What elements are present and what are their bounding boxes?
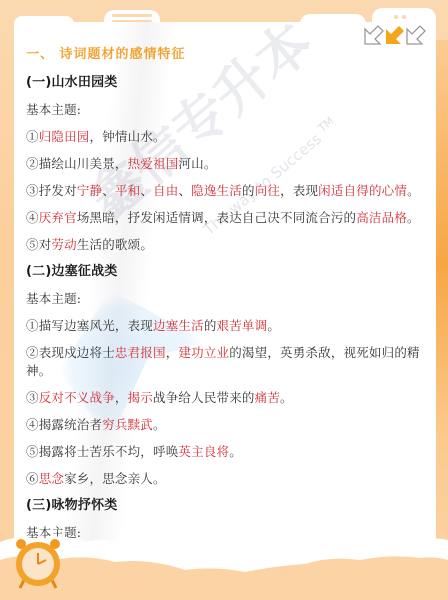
category-title: (三)咏物抒怀类 — [26, 497, 426, 515]
text-segment: ， — [115, 390, 128, 405]
tab-dots — [394, 15, 406, 19]
text-segment: 的 — [204, 318, 217, 333]
text-segment: ④揭露统治者 — [26, 417, 102, 432]
highlighted-keyword: 自由 — [153, 183, 178, 198]
text-segment: ⑥ — [26, 471, 39, 486]
text-segment: ， — [166, 345, 179, 360]
text-segment: 场黑暗，抒发闲适情调，表达自己决不同流合污的 — [77, 210, 356, 225]
text-segment: 的 — [242, 183, 255, 198]
tab-line — [112, 14, 152, 17]
highlighted-keyword: 建功立业 — [178, 345, 229, 360]
text-segment: ，表现 — [280, 183, 318, 198]
theme-item: ④揭露统治者穷兵黩武。 — [26, 416, 426, 434]
highlighted-keyword: 反对不义战争 — [39, 390, 115, 405]
document-content: 一、 诗词题材的感情特征 (一)山水田园类基本主题:①归隐田园，钟情山水。②描绘… — [26, 40, 426, 578]
theme-item: ⑤对劳动生活的歌颂。 — [26, 236, 426, 254]
highlighted-keyword: 闲适自得的心情 — [318, 183, 407, 198]
text-segment: 、 — [140, 183, 153, 198]
text-segment: ②表现戍边将士 — [26, 345, 115, 360]
section-title: 一、 诗词题材的感情特征 — [26, 46, 426, 64]
highlighted-keyword: 忠君报国 — [115, 345, 166, 360]
highlighted-keyword: 高洁品格 — [356, 210, 407, 225]
text-segment: ① — [26, 129, 39, 144]
text-segment: 家乡，思念亲人。 — [64, 471, 166, 486]
text-segment: 、 — [102, 183, 115, 198]
categories: (一)山水田园类基本主题:①归隐田园，钟情山水。②描绘山川美景，热爱祖国河山。③… — [26, 74, 426, 569]
category-subtitle: 基本主题: — [26, 290, 426, 308]
theme-item: ②描绘山川美景，热爱祖国河山。 — [26, 155, 426, 173]
text-segment: ①描写边塞风光，表现 — [26, 318, 153, 333]
alarm-clock-icon — [12, 536, 64, 590]
highlighted-keyword: 向往 — [255, 183, 280, 198]
text-segment: ③ — [26, 390, 39, 405]
highlighted-keyword: 艰苦单调 — [217, 318, 268, 333]
theme-item: ①归隐田园，钟情山水。 — [26, 128, 426, 146]
highlighted-keyword: 隐逸生活 — [191, 183, 242, 198]
category-title: (二)边塞征战类 — [26, 263, 426, 281]
text-segment: ③抒发对 — [26, 183, 77, 198]
text-segment: ⑤揭露将士苦乐不均，呼唤 — [26, 444, 178, 459]
highlighted-keyword: 揭示 — [128, 390, 153, 405]
highlighted-keyword: 穷兵黩武 — [102, 417, 153, 432]
theme-item: ⑤揭露将士苦乐不均，呼唤英主良将。 — [26, 443, 426, 461]
highlighted-keyword: 热爱祖国 — [128, 156, 179, 171]
highlighted-keyword: 英主良将 — [178, 444, 229, 459]
text-segment: 。 — [267, 318, 280, 333]
theme-item: ③抒发对宁静、平和、自由、隐逸生活的向往，表现闲适自得的心情。 — [26, 182, 426, 200]
background-orange-stripe — [436, 40, 448, 600]
category-subtitle: 基本主题: — [26, 101, 426, 119]
text-segment: ⑤对 — [26, 237, 51, 252]
text-segment: ④ — [26, 210, 39, 225]
text-segment: 生活的歌颂。 — [77, 237, 153, 252]
highlighted-keyword: 厌弃官 — [39, 210, 77, 225]
text-segment: 、 — [178, 183, 191, 198]
highlighted-keyword: 劳动 — [51, 237, 76, 252]
theme-item: ②表现戍边将士忠君报国，建功立业的渴望，英勇杀敌，视死如归的精神。 — [26, 344, 426, 380]
text-segment: 。 — [407, 183, 420, 198]
torn-paper-edge — [0, 530, 448, 600]
theme-item: ③反对不义战争，揭示战争给人民带来的痛苦。 — [26, 389, 426, 407]
highlighted-keyword: 平和 — [115, 183, 140, 198]
highlighted-keyword: 宁静 — [77, 183, 102, 198]
text-segment: 。 — [280, 390, 293, 405]
highlighted-keyword: 思念 — [39, 471, 64, 486]
theme-item: ④厌弃官场黑暗，抒发闲适情调，表达自己决不同流合污的高洁品格。 — [26, 209, 426, 227]
text-segment: 。 — [407, 210, 420, 225]
text-segment: 。 — [229, 444, 242, 459]
highlighted-keyword: 痛苦 — [255, 390, 280, 405]
text-segment: ②描绘山川美景， — [26, 156, 128, 171]
text-segment: ，钟情山水。 — [90, 129, 166, 144]
highlighted-keyword: 边塞生活 — [153, 318, 204, 333]
theme-item: ①描写边塞风光，表现边塞生活的艰苦单调。 — [26, 317, 426, 335]
text-segment: 。 — [153, 417, 166, 432]
text-segment: 河山。 — [178, 156, 216, 171]
highlighted-keyword: 归隐田园 — [39, 129, 90, 144]
category-title: (一)山水田园类 — [26, 74, 426, 92]
theme-item: ⑥思念家乡，思念亲人。 — [26, 470, 426, 488]
text-segment: 战争给人民带来的 — [153, 390, 255, 405]
